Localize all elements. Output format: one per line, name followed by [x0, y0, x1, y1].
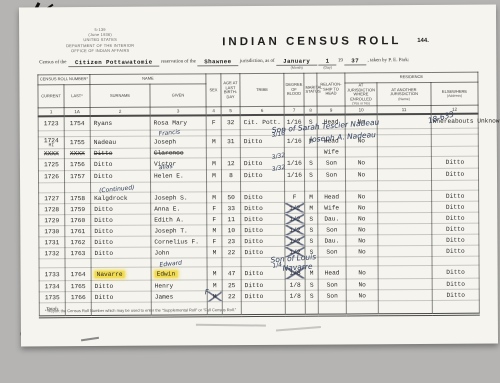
cell-value: Son [326, 172, 337, 179]
cell-tribe: Ditto [241, 225, 285, 236]
cell-surname: Ditto [91, 292, 151, 303]
cell-value: 1761 [70, 228, 85, 235]
cell-tribe: Ditto [241, 192, 285, 203]
cell-value: Ditto [245, 270, 264, 277]
cell-value: S [310, 238, 314, 245]
cell-given: JosephFrancis [150, 136, 206, 149]
cell-value: Ditto [94, 239, 113, 246]
cell-age: 50 [222, 192, 241, 203]
cell-atjur [346, 181, 378, 191]
cell-cur: 1732 [39, 248, 65, 259]
cell-another [378, 246, 432, 257]
cell-value: Ryans [94, 120, 113, 127]
cell-another [378, 202, 432, 213]
cell-value: Ditto [94, 206, 113, 213]
cell-value: No [358, 281, 365, 288]
cell-surname: Ditto [91, 281, 151, 292]
col-num-6: 6 [240, 107, 284, 116]
cell-sex: MF [207, 291, 222, 302]
cell-given: Anna E. [151, 203, 207, 214]
label-taken-by: , taken by [367, 58, 387, 63]
cell-value: Head [325, 269, 340, 276]
cell-value: 1735 [45, 294, 60, 301]
cell-value: Ditto [446, 281, 465, 288]
cell-surname: Ditto [90, 149, 150, 159]
cell-rel: Head [318, 266, 346, 279]
cell-value: 1725 [44, 162, 59, 169]
cell-value: 50 [227, 194, 234, 201]
cell-tribe: Ditto [241, 203, 285, 214]
cell-degree: 1/2 [285, 214, 305, 225]
cell-value: Son [326, 160, 337, 167]
taken-by-value: P. E. Park: [388, 58, 409, 63]
cell-value: XXXX [70, 150, 85, 157]
cell-value: S [310, 293, 314, 300]
cell-value: M [213, 293, 217, 300]
cell-sex: F [207, 203, 222, 214]
cell-value: Anna E. [154, 205, 180, 212]
cell-value: Dau. [324, 215, 339, 222]
cell-elsewhere: Ditto [431, 157, 478, 169]
header-sub-address: (Address) [433, 94, 477, 98]
cell-value: 1/2 [289, 238, 300, 245]
cell-another [378, 224, 432, 235]
cell-atjur: No [346, 191, 378, 202]
cell-atjur: No [346, 246, 378, 257]
cell-value: 1734 [45, 283, 60, 290]
cell-value: 1731 [44, 239, 59, 246]
cell-elsewhere: Ditto [432, 235, 479, 246]
cell-sex [207, 258, 222, 267]
cell-value: No [358, 204, 365, 211]
agency-line-3: OFFICE OF INDIAN AFFAIRS [57, 47, 143, 53]
page-title: INDIAN CENSUS ROLL [222, 35, 422, 48]
cell-value: Joseph T. [154, 227, 187, 234]
cell-surname [91, 259, 151, 268]
cell-value: 1758 [70, 195, 85, 202]
cell-value: Joseph S. [154, 194, 187, 201]
cell-surname: Kalgdrock(Continued) [91, 193, 151, 204]
scanned-census-page: 5-139 (June 1936) UNITED STATES DEPARTME… [0, 0, 500, 383]
cell-value: Ditto [446, 204, 465, 211]
cell-last: 1754 [64, 116, 90, 130]
cell-degree: 1/2 [285, 236, 305, 247]
cell-value: 10 [228, 227, 235, 234]
cell-tribe [241, 182, 285, 192]
cell-age: 32 [221, 116, 240, 130]
cell-value: Son [326, 226, 337, 233]
pencil-squiggle-1 [196, 324, 266, 327]
cell-value: F [213, 238, 217, 245]
cell-elsewhere [431, 134, 478, 147]
col-num-7: 7 [284, 107, 304, 116]
cell-elsewhere [432, 257, 479, 266]
cell-age [222, 182, 241, 192]
cell-value: No [358, 269, 365, 276]
totals-cell-elsewhere [432, 301, 479, 315]
cell-degree: F [285, 192, 305, 203]
cell-sex: F [206, 116, 221, 130]
cell-cur [39, 259, 65, 268]
cell-another [378, 235, 432, 246]
header-col-tribe: TRIBE [240, 73, 284, 107]
cell-given: Helen E.alias [150, 170, 206, 182]
cell-value: Ditto [94, 228, 113, 235]
cell-elsewhere: Ditto [432, 246, 479, 257]
cell-last: 1756 [64, 159, 90, 171]
label-year-prefix: 19 [338, 58, 343, 63]
cell-value: Ditto [244, 172, 263, 179]
cell-cur: 1735 [39, 292, 65, 303]
header-col-surname: SURNAME [90, 84, 150, 108]
cell-value: No [358, 160, 365, 167]
cell-value: Joseph [154, 139, 176, 146]
cell-value: Ditto [95, 294, 114, 301]
cell-surname: Ditto [91, 248, 151, 259]
cell-cur: 1731 [39, 237, 65, 248]
cell-age: 10 [222, 225, 241, 236]
cell-given: Clarence [150, 148, 206, 158]
col-num-10: 10 [345, 106, 377, 115]
cell-value: Ditto [446, 226, 465, 233]
cell-surname: Ryans [90, 116, 150, 130]
cell-value: Ditto [446, 159, 465, 166]
cell-value: S [310, 282, 314, 289]
cell-value: No [358, 226, 365, 233]
cell-value: No [358, 172, 365, 179]
cell-value: 1757 [70, 173, 85, 180]
cell-rel: Dau. [318, 235, 346, 246]
cell-given: Joseph T. [151, 225, 207, 236]
cell-value: F [212, 205, 216, 212]
cell-age: 8 [221, 170, 240, 182]
cell-value: 12 [227, 161, 234, 168]
cell-last: 1762 [65, 237, 91, 248]
col-num-3: 3 [150, 107, 206, 116]
cell-surname: Ditto [90, 171, 150, 183]
cell-value: Ditto [244, 160, 263, 167]
cell-value: Ditto [446, 237, 465, 244]
cell-marital: S [304, 158, 317, 170]
cell-given: John [151, 247, 207, 258]
cell-value: 1754 [70, 120, 85, 127]
cell-value: Dau. [324, 237, 339, 244]
col-num-1: 1 [38, 108, 64, 117]
cell-sex: F [207, 236, 222, 247]
cell-value: 1723 [44, 120, 59, 127]
cell-atjur: No [346, 202, 378, 213]
cell-value: S [309, 172, 313, 179]
cell-value: Son [327, 292, 338, 299]
cell-surname: Nadeau [90, 136, 150, 149]
totals-cell-rel [318, 301, 346, 315]
cell-value: Son [327, 281, 338, 288]
cell-sex: M [207, 192, 222, 203]
cell-value: M [212, 194, 216, 201]
cell-rel: Wife [318, 202, 346, 213]
cell-marital: S [305, 236, 318, 247]
cell-another [378, 290, 432, 301]
col-num-8: 8 [304, 107, 317, 116]
cell-value: 1765 [71, 283, 86, 290]
cell-value: Ditto [446, 193, 465, 200]
header-col-sex: SEX [206, 74, 221, 107]
cell-atjur: No [345, 169, 377, 181]
cell-elsewhere [431, 147, 478, 157]
cell-sex [206, 148, 221, 158]
cell-rel [318, 181, 346, 191]
cell-marital: S [305, 214, 318, 225]
cell-atjur [345, 147, 377, 157]
cell-value: 1/8 [290, 282, 301, 289]
cell-degree: 1/8 [285, 291, 305, 302]
cell-value: 1755 [70, 139, 85, 146]
cell-value: M [212, 173, 216, 180]
cell-value: No [358, 237, 365, 244]
cell-elsewhere: Ditto [432, 213, 479, 224]
col-num-1a: 1a [64, 108, 90, 117]
cell-elsewhere: Ditto [432, 290, 479, 301]
cell-subnote: MI [40, 144, 63, 149]
pencil-squiggle-2 [276, 326, 321, 331]
header-col-last: LAST* [64, 85, 90, 109]
cell-value: Ditto [95, 283, 114, 290]
cell-rel: Son [318, 246, 346, 257]
cell-value: 1/8 [290, 293, 301, 300]
cell-marital: S [305, 280, 318, 291]
census-form-line: Census of the Citizen Pottawatomie reser… [39, 57, 494, 72]
totals-cell-marital [305, 302, 318, 316]
cell-value: Wife [324, 204, 339, 211]
cell-surname: Ditto [91, 204, 151, 215]
cell-value: Ditto [94, 150, 113, 157]
cell-atjur: No [346, 290, 378, 301]
cell-sex: M [206, 136, 221, 149]
cell-value: Ditto [446, 292, 465, 299]
cell-degree: 1/2 [285, 203, 305, 214]
cell-value: 11 [228, 216, 235, 223]
cell-value: 1728 [44, 206, 59, 213]
cell-marital [305, 182, 318, 192]
cell-atjur: No [346, 213, 378, 224]
col-num-5: 5 [221, 107, 240, 116]
cell-value: No [358, 248, 365, 255]
cell-value: James [155, 293, 174, 300]
cell-value: Ditto [94, 161, 113, 168]
cell-value: 47 [228, 270, 235, 277]
cell-value: John [154, 249, 169, 256]
cell-cur: 1727 [39, 193, 65, 204]
cell-another [377, 114, 431, 128]
cell-value: M [309, 194, 313, 201]
cell-last: 1758 [65, 193, 91, 204]
cell-age: 25 [222, 280, 241, 291]
cell-surname: Ditto [91, 215, 151, 226]
cell-rel: Son [318, 290, 346, 301]
cell-age: 22 [222, 247, 241, 258]
cell-value: 1730 [44, 228, 59, 235]
cell-tribe: Ditto [241, 214, 285, 225]
col-num-9: 9 [317, 106, 345, 115]
cell-value: 1766 [71, 294, 86, 301]
pencil-squiggle-3 [81, 337, 99, 342]
cell-surname: Ditto [90, 159, 150, 171]
cell-given: Cornelius F. [151, 236, 207, 247]
cell-age: 12 [221, 158, 240, 170]
cell-value: Ditto [244, 194, 263, 201]
cell-value: M [212, 161, 216, 168]
cell-rel: Son [318, 279, 346, 290]
totals-cell-another [378, 301, 432, 315]
cell-atjur [346, 257, 378, 266]
cell-cur: 1729 [39, 215, 65, 226]
cell-atjur: No [346, 235, 378, 246]
cell-value: Ditto [446, 215, 465, 222]
cell-sex: M [207, 247, 222, 258]
label-jurisdiction: jurisdiction, as of [240, 59, 275, 64]
cell-another [378, 213, 432, 224]
cell-age: 47 [222, 267, 241, 280]
cell-given: Joseph S. [151, 192, 207, 203]
cell-cur: 1725 [38, 159, 64, 171]
col-num-11: 11 [377, 106, 431, 115]
header-col-another-jurisdiction: AT ANOTHER JURISDICTION (Name) [377, 82, 431, 106]
cell-cur [39, 183, 65, 193]
cell-marital [304, 148, 317, 158]
cell-given: Edith A. [151, 214, 207, 225]
cell-value: Edwin [155, 270, 178, 277]
cell-sex: F [207, 214, 222, 225]
cell-age: 31 [221, 136, 240, 149]
label-reservation-of: reservation of the [161, 59, 196, 64]
cell-value: Ditto [244, 227, 263, 234]
cell-last: 1763 [65, 248, 91, 259]
cell-age: 23 [222, 236, 241, 247]
cell-another [378, 266, 432, 279]
month-value: January [276, 58, 317, 66]
cell-atjur: No [346, 224, 378, 235]
cell-last: 1764 [65, 268, 91, 281]
cell-elsewhere: Ditto [432, 266, 479, 279]
handwritten-name-note: Francis [159, 129, 181, 137]
cell-value: Ditto [244, 238, 263, 245]
cell-surname: Ditto [91, 226, 151, 237]
cell-given: Henry [151, 280, 207, 291]
cell-value: 1763 [71, 250, 86, 257]
cell-rel: Dau. [318, 213, 346, 224]
cell-value: Ditto [94, 173, 113, 180]
cell-value: 25 [228, 282, 235, 289]
col-num-2: 2 [90, 108, 150, 117]
cell-value: 1759 [70, 206, 85, 213]
cell-another [377, 134, 431, 147]
cell-value: 1/2 [289, 205, 300, 212]
day-value: 1 [319, 58, 337, 66]
cell-given [151, 182, 207, 192]
cell-value: M [309, 205, 313, 212]
cell-last [65, 183, 91, 193]
cell-cur: 1723 [38, 117, 64, 131]
cell-value: 1762 [70, 239, 85, 246]
month-label: (Month) [276, 66, 317, 70]
cell-value: Kalgdrock [94, 195, 127, 202]
header-col-at-jurisdiction: AT JURISDICTION WHERE ENROLLED (Yes or N… [345, 83, 377, 107]
header-col-relationship: RELATION-SHIP TO HEAD [317, 73, 345, 107]
cell-value: Helen E. [154, 173, 184, 180]
cell-value: S [309, 160, 313, 167]
cell-last: XXXX [64, 149, 90, 159]
cell-value: 1764 [71, 271, 86, 278]
cell-value: No [358, 193, 365, 200]
document-page: 5-139 (June 1936) UNITED STATES DEPARTME… [19, 5, 498, 347]
cell-another [378, 257, 432, 266]
header-group-name: NAME [90, 74, 206, 85]
agency-block: 5-139 (June 1936) UNITED STATES DEPARTME… [57, 27, 143, 53]
cell-value: F [293, 194, 297, 201]
handwritten-sex-correction: F [205, 290, 209, 297]
reservation-value: Shawnee [197, 58, 238, 66]
header-col-given: GIVEN [150, 84, 206, 108]
cell-marital: S [305, 225, 318, 236]
cell-rel: Son [317, 157, 345, 169]
cell-value: Henry [155, 282, 174, 289]
cell-value: F [212, 216, 216, 223]
cell-value: Ditto [245, 282, 264, 289]
header-col-marital: MARITAL STATUS [304, 73, 317, 106]
cell-age [222, 258, 241, 267]
cell-sex: M [207, 280, 222, 291]
cell-surname: Ditto [91, 237, 151, 248]
cell-marital: M [305, 203, 318, 214]
cell-value: Ditto [94, 250, 113, 257]
cell-sex: M [206, 170, 221, 182]
cell-value: 1756 [70, 161, 85, 168]
cell-cur: XXXX [38, 149, 64, 159]
totals-cell-degree [285, 302, 305, 316]
cell-cur: 1734 [39, 281, 65, 292]
cell-atjur: No [346, 279, 378, 290]
cell-value: 31 [227, 138, 234, 145]
cell-another [377, 157, 431, 169]
cell-value: S [309, 216, 313, 223]
cell-value: XXXX [44, 151, 59, 158]
cell-value: Ditto [244, 249, 263, 256]
cell-last: 1759 [65, 204, 91, 215]
cell-rel [318, 257, 346, 266]
cell-value: 1729 [44, 217, 59, 224]
cell-value: M [213, 249, 217, 256]
cell-elsewhere: Ditto [432, 279, 479, 290]
handwritten-surname-note: (Continued) [99, 186, 135, 195]
page-number: 144. [417, 38, 429, 44]
handwritten-name-note: alias [159, 164, 173, 171]
cell-elsewhere [432, 181, 479, 191]
cell-value: No [358, 292, 365, 299]
cell-elsewhere: Ditto [432, 191, 479, 202]
cell-surname: Navarre [91, 268, 151, 281]
cell-rel: Head [318, 191, 346, 202]
cell-value: 8 [229, 173, 233, 180]
cell-age: 33 [222, 203, 241, 214]
cell-another [378, 181, 432, 191]
cell-age: 11 [222, 214, 241, 225]
cell-value: Ditto [446, 171, 465, 178]
cell-elsewhere: Ditto [432, 202, 479, 213]
cell-last: 1761 [65, 226, 91, 237]
cell-tribe: Ditto [241, 280, 285, 291]
cell-another [378, 191, 432, 202]
cell-age [221, 148, 240, 158]
